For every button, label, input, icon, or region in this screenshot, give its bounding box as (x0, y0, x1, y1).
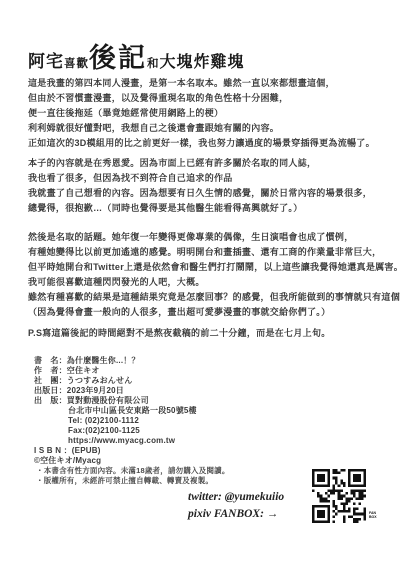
afterword-page: 阿宅喜歡後記和大塊炸雞塊 這是我畫的第四本同人漫畫，是第一本名取本。雖然一直以來… (0, 0, 400, 565)
title-segment-otaku: 阿宅 (28, 52, 64, 71)
text-line: 雖然有種喜歡的結果是這種結果究竟是怎麼回事？的感覺，但我所能做到的事情就只有這個… (28, 290, 400, 305)
copyright-notice: ・版權所有，未經許可禁止擅自轉載、轉賣及複製。 (36, 476, 230, 486)
qr-caption-bottom: BOX (369, 516, 377, 520)
text-line: 有種她變得比以前更加遙遠的感覺。明明開台和畫插畫、還有工商的作業量非常巨大， (28, 245, 400, 260)
text-line: 我就畫了自己想看的內容。因為想要有日久生情的感覺，關於日常內容的場景很多， (28, 186, 372, 201)
text-line: 但由於不習慣畫漫畫，以及覺得重現名取的角色性格十分困難， (28, 91, 375, 106)
twitter-handle: twitter: @yumekuiio (188, 489, 284, 506)
text-line: 便一直往後拖延（畢竟她經常使用網路上的梗） (28, 106, 375, 121)
isbn-line: I S B N ：(EPUB) (34, 446, 197, 456)
paragraph-2: 本子的內容就是在秀恩愛。因為市面上已經有許多關於名取的同人誌， 我也看了很多，但… (28, 156, 372, 216)
text-line: 總覺得，很抱歉…（同時也覺得要是其他醫生能看得高興就好了。） (28, 201, 372, 216)
publisher-tel: Tel: (02)2100-1112 (34, 416, 197, 426)
text-line: 但平時她開台和Twitter上還是依然會和醫生們打打鬧鬧，以上這些讓我覺得她還真… (28, 260, 400, 275)
text-line: 這是我畫的第四本同人漫畫，是第一本名取本。雖然一直以來都想畫這個， (28, 76, 375, 91)
colophon-row-publisher: 出 版：買對動漫股份有限公司 (34, 396, 197, 406)
colophon-row-circle: 社 團：うつすみおんせん (34, 376, 197, 386)
paragraph-1: 這是我畫的第四本同人漫畫，是第一本名取本。雖然一直以來都想畫這個， 但由於不習慣… (28, 76, 375, 151)
qr-code (311, 469, 367, 523)
copyright-line: ©空住キオ/Myacg (34, 456, 197, 466)
colophon-row-pubdate: 出版日：2023年9月20日 (34, 386, 197, 396)
qr-caption: FAN BOX (369, 512, 377, 520)
social-links: twitter: @yumekuiio pixiv FANBOX: → (188, 489, 284, 523)
text-line: 我也看了很多，但因為找不到符合自己追求的作品 (28, 171, 372, 186)
fanbox-link: pixiv FANBOX: → (188, 506, 284, 523)
publisher-fax: Fax:(02)2100-1125 (34, 426, 197, 436)
paragraph-3: 然後是名取的話題。她年復一年變得更像專業的偶像，生日演唱會也成了慣例， 有種她變… (28, 230, 400, 320)
adult-content-notice: ・本書含有性方面內容。未滿18歲者，請勿購入及閱讀。 (36, 466, 230, 476)
title-segment-likes: 喜歡 (64, 58, 89, 70)
page-title: 阿宅喜歡後記和大塊炸雞塊 (28, 36, 245, 75)
text-line: 我可能很喜歡這種閃閃發光的人吧，大概。 (28, 275, 400, 290)
title-segment-chicken: 大塊炸雞塊 (160, 54, 245, 71)
postscript-line: P.S寫這篇後記的時間絕對不是熬夜截稿的前二十分鐘，而是在七月上旬。 (28, 326, 331, 339)
text-line: 利利姆就很好懂對吧，我想自己之後還會畫跟她有關的內容。 (28, 121, 375, 136)
colophon-row-author: 作 者：空住キオ (34, 366, 197, 376)
title-segment-afterword: 後記 (89, 43, 147, 73)
text-line: （因為覺得會畫一般向的人很多，畫出超可愛夢漫畫的事就交給你們了。） (28, 305, 400, 320)
text-line: 正如這次的3D模組用的比之前更好一樣，我也努力讓過度的場景穿插得更為流暢了。 (28, 136, 375, 151)
publisher-url: https://www.myacg.com.tw (34, 436, 197, 446)
text-line: 本子的內容就是在秀恩愛。因為市面上已經有許多關於名取的同人誌， (28, 156, 372, 171)
notice-block: ・本書含有性方面內容。未滿18歲者，請勿購入及閱讀。 ・版權所有，未經許可禁止擅… (36, 466, 230, 486)
publisher-address: 台北市中山區長安東路一段50號5樓 (34, 406, 197, 416)
colophon-row-book-title: 書 名：為什麼醫生你...！？ (34, 356, 197, 366)
text-line: 然後是名取的話題。她年復一年變得更像專業的偶像，生日演唱會也成了慣例， (28, 230, 400, 245)
colophon-block: 書 名：為什麼醫生你...！？ 作 者：空住キオ 社 團：うつすみおんせん 出版… (34, 356, 197, 466)
title-segment-and: 和 (147, 58, 160, 70)
